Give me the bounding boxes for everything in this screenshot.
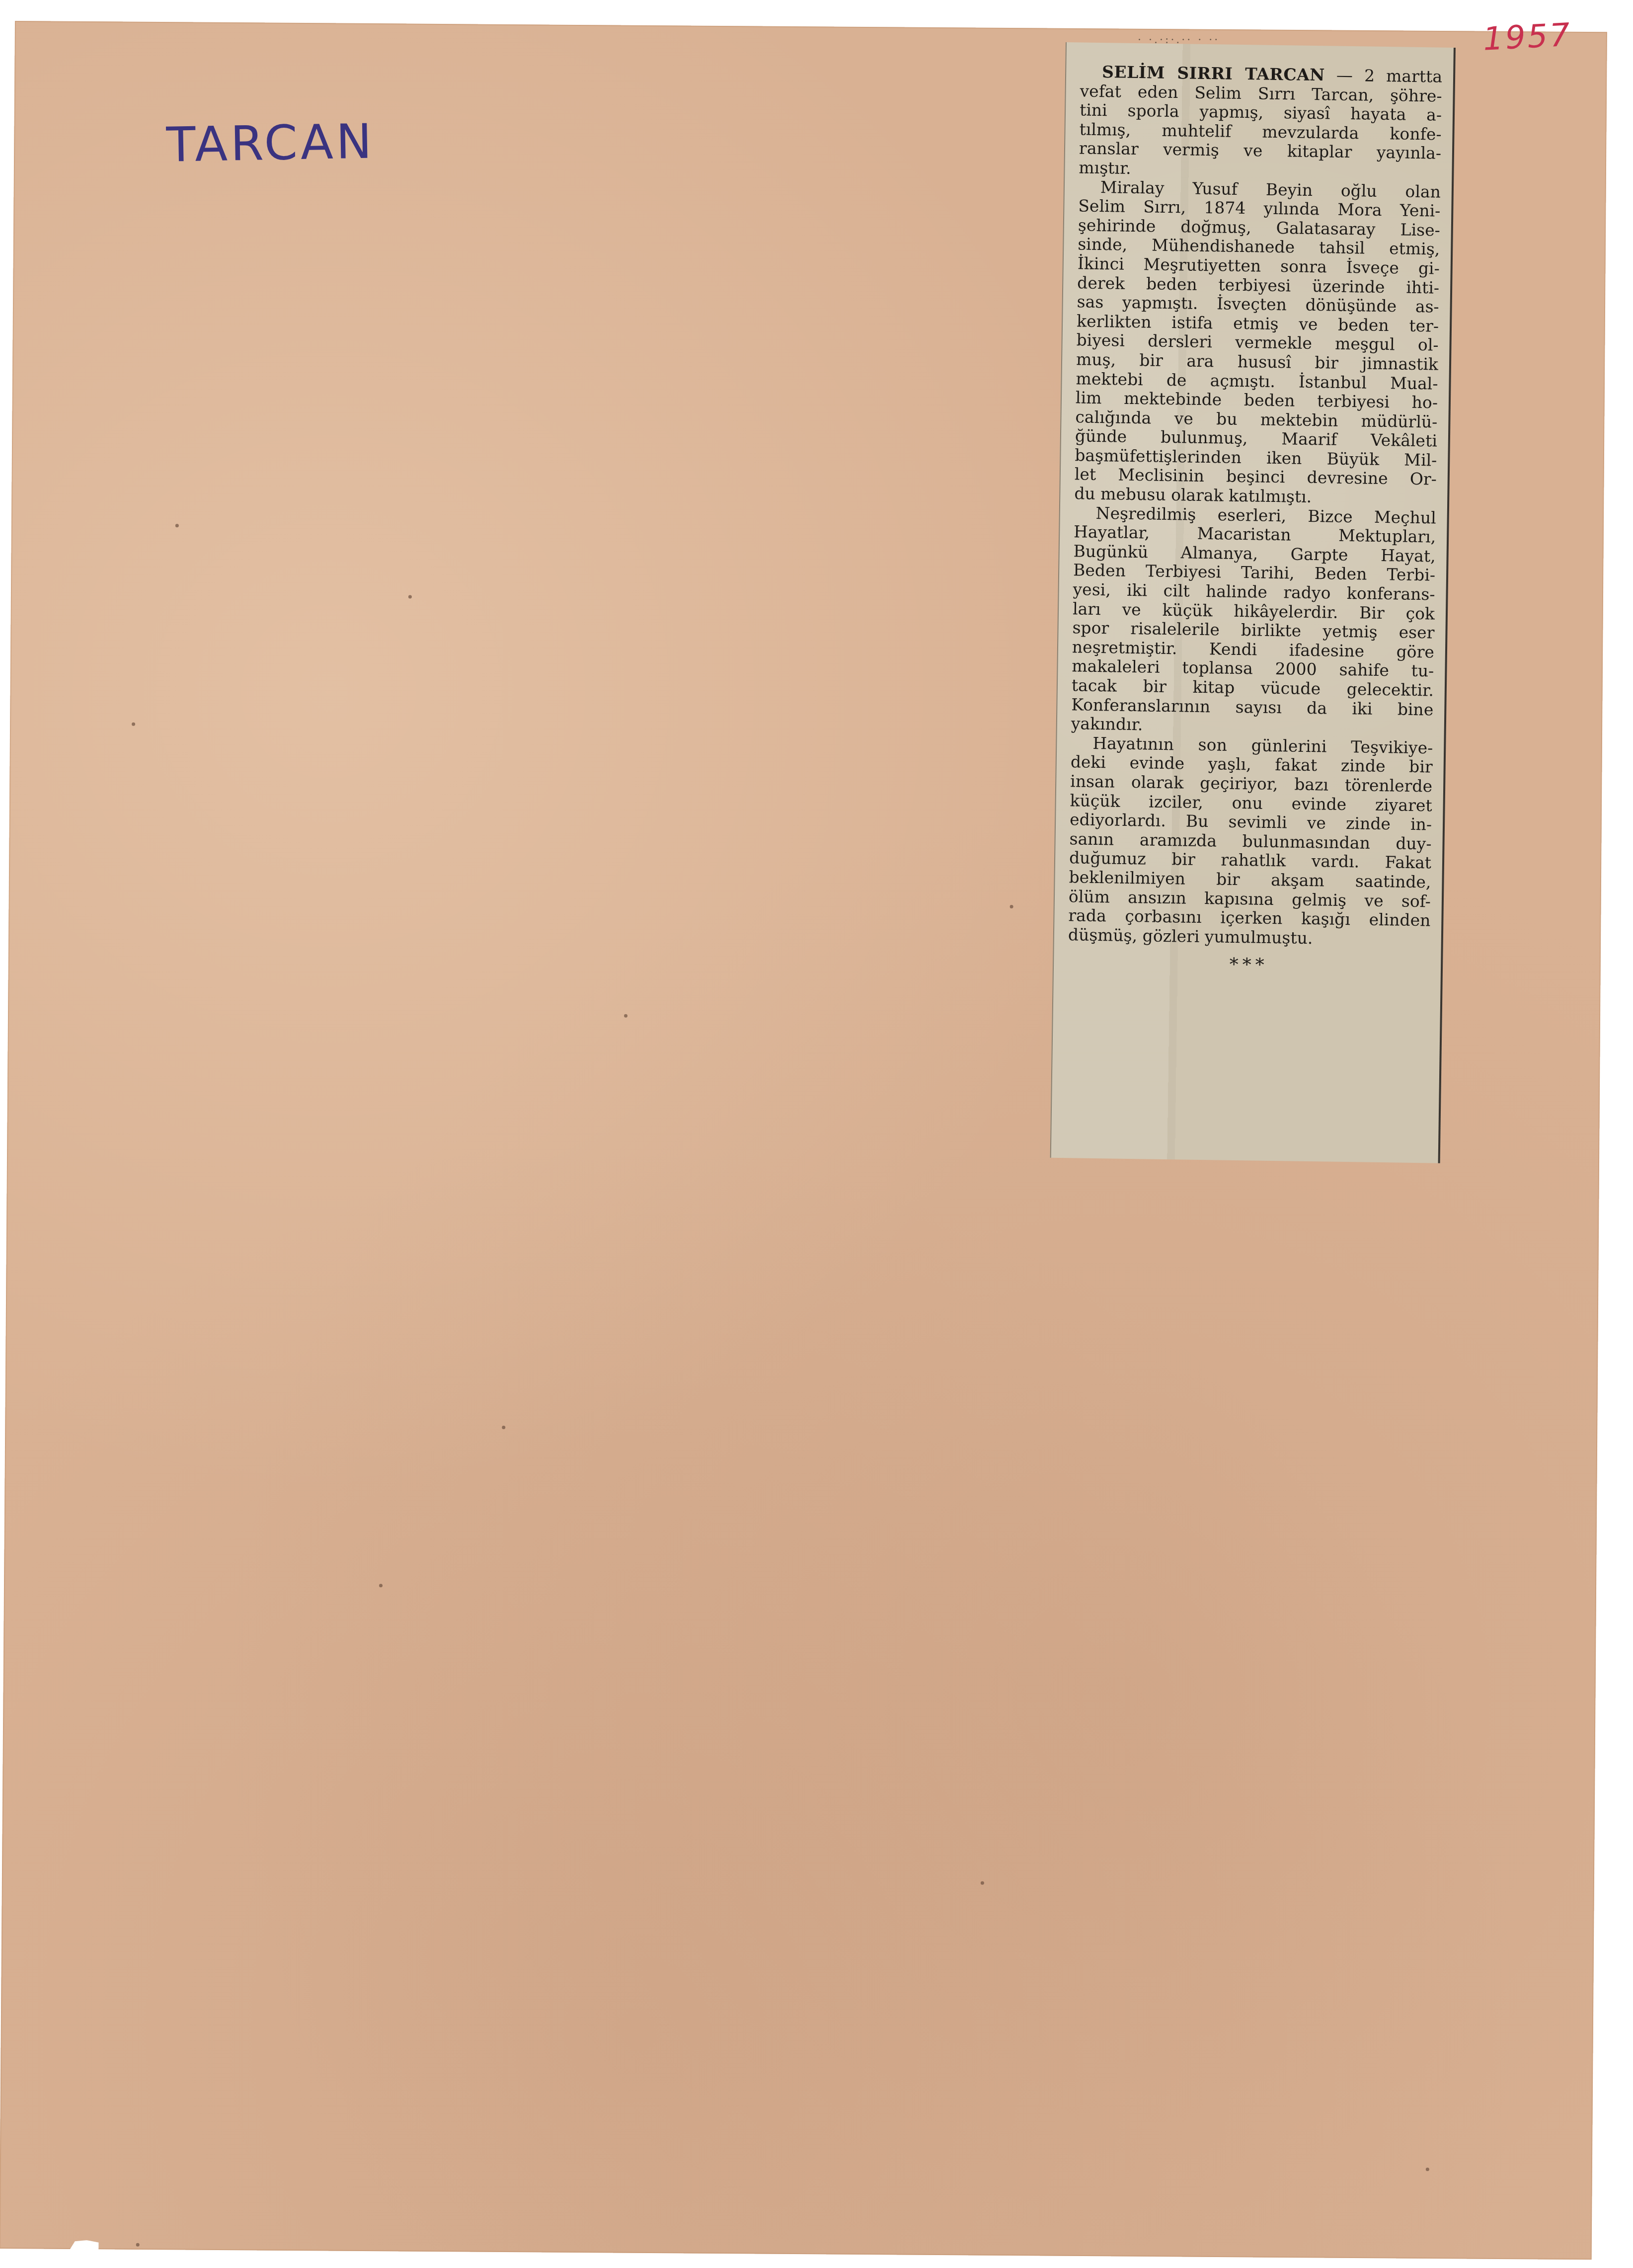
article-end-mark: *** <box>1068 954 1430 978</box>
handwritten-year-mark: 1957 <box>1482 16 1573 58</box>
paper-speck <box>1010 905 1013 908</box>
paper-tear <box>69 2240 99 2251</box>
paper-speck <box>136 2243 140 2247</box>
paper-speck <box>502 1426 505 1429</box>
newspaper-clipping: SELİM SIRRI TARCAN — 2 marttavefat eden … <box>1050 42 1456 1163</box>
paper-speck <box>132 723 135 726</box>
obituary-article-body: SELİM SIRRI TARCAN — 2 marttavefat eden … <box>1068 62 1443 949</box>
paper-speck <box>408 595 412 599</box>
article-headline: SELİM SIRRI TARCAN <box>1102 62 1325 84</box>
handwritten-surname-label: TARCAN <box>166 113 375 172</box>
paper-speck <box>1426 2168 1429 2171</box>
paper-speck <box>175 524 179 527</box>
paper-speck <box>624 1014 627 1018</box>
paper-speck <box>981 1881 984 1885</box>
paper-speck <box>379 1584 383 1587</box>
